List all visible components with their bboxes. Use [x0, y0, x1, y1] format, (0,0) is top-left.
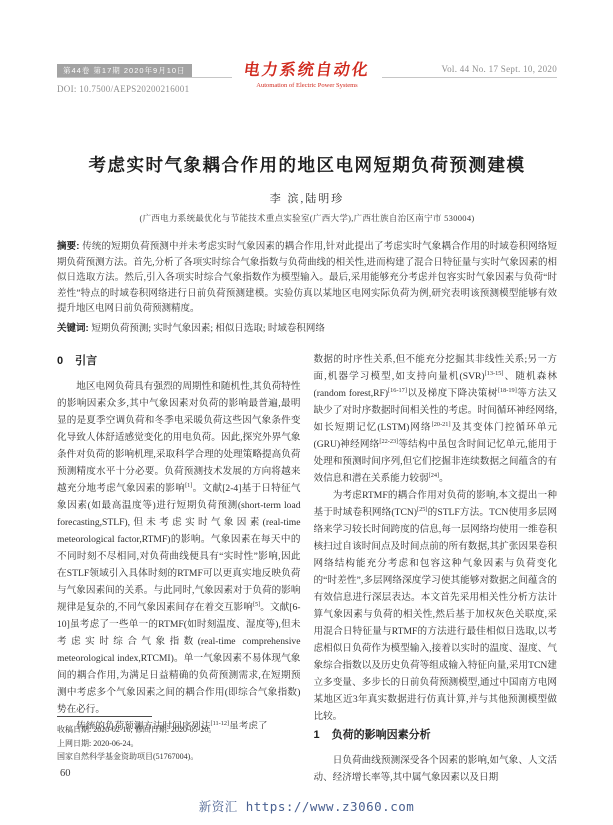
body-paragraph: 日负荷曲线预测深受各个因素的影响,如气象、人文活动、经济增长率等,其中属气象因素… — [314, 752, 558, 786]
column-right: 数据的时序性关系,但不能充分挖掘其非线性关系;另一方面,机器学习模型,如支持向量… — [314, 351, 558, 806]
section-number: 0 — [57, 355, 63, 367]
section-title: 负荷的影响因素分析 — [332, 729, 431, 741]
section-number: 1 — [314, 729, 320, 741]
body-paragraph: 数据的时序性关系,但不能充分挖掘其非线性关系;另一方面,机器学习模型,如支持向量… — [314, 351, 558, 487]
section-heading-1: 1负荷的影响因素分析 — [314, 727, 558, 744]
authors: 李 滨,陆明珍 — [57, 190, 557, 206]
article-body: 考虑实时气象耦合作用的地区电网短期负荷预测建模 李 滨,陆明珍 (广西电力系统最… — [57, 152, 557, 806]
page-number: 60 — [60, 768, 71, 779]
footnote-block: 收稿日期: 2020-02-16; 修回日期: 2020-05-20。 上网日期… — [57, 716, 309, 764]
header-left: 第44卷 第17期 2020年9月10日 DOI: 10.7500/AEPS20… — [57, 60, 192, 94]
body-paragraph: 地区电网负荷具有强烈的周期性和随机性,其负荷特性的影响因素众多,其中气象因素对负… — [57, 378, 301, 718]
issue-badge: 第44卷 第17期 2020年9月10日 — [57, 64, 192, 77]
keywords-section: 关键词: 短期负荷预测; 实时气象因素; 相似日选取; 时域卷积网络 — [57, 321, 557, 338]
footnote-divider — [57, 716, 152, 717]
journal-logo-cn: 电力系统自动化 — [242, 57, 371, 80]
affiliation: (广西电力系统最优化与节能技术重点实验室(广西大学),广西壮族自治区南宁市 53… — [57, 212, 557, 224]
keywords-label: 关键词: — [57, 323, 91, 334]
watermark-text: 新资汇 https://www.z3060.com — [0, 797, 613, 815]
abstract-text: 传统的短期负荷预测中并未考虑实时气象因素的耦合作用,针对此提出了考虑实时气象耦合… — [57, 242, 557, 314]
section-heading-0: 0引言 — [57, 353, 301, 370]
doi-text: DOI: 10.7500/AEPS20200216001 — [57, 84, 192, 94]
paper-page: 第44卷 第17期 2020年9月10日 DOI: 10.7500/AEPS20… — [0, 0, 613, 825]
journal-logo-en: Automation of Electric Power Systems — [244, 82, 370, 89]
journal-header: 第44卷 第17期 2020年9月10日 DOI: 10.7500/AEPS20… — [57, 60, 557, 104]
section-title: 引言 — [75, 355, 97, 367]
body-paragraph: 为考虑RTMF的耦合作用对负荷的影响,本文提出一种基于时域卷积网络(TCN)[2… — [314, 487, 558, 725]
journal-logo: 电力系统自动化 Automation of Electric Power Sys… — [232, 57, 382, 89]
column-left: 0引言 地区电网负荷具有强烈的周期性和随机性,其负荷特性的影响因素众多,其中气象… — [57, 351, 301, 729]
keywords-text: 短期负荷预测; 实时气象因素; 相似日选取; 时域卷积网络 — [91, 324, 325, 334]
abstract-label: 摘要: — [57, 241, 82, 252]
issue-info-en: Vol. 44 No. 17 Sept. 10, 2020 — [441, 64, 557, 74]
footnote-online-date: 上网日期: 2020-06-24。 — [57, 737, 309, 751]
abstract-section: 摘要: 传统的短期负荷预测中并未考虑实时气象因素的耦合作用,针对此提出了考虑实时… — [57, 239, 557, 318]
paper-title: 考虑实时气象耦合作用的地区电网短期负荷预测建模 — [57, 152, 557, 177]
footnote-received-date: 收稿日期: 2020-02-16; 修回日期: 2020-05-20。 — [57, 723, 309, 737]
footnote-funding: 国家自然科学基金资助项目(51767004)。 — [57, 750, 309, 764]
